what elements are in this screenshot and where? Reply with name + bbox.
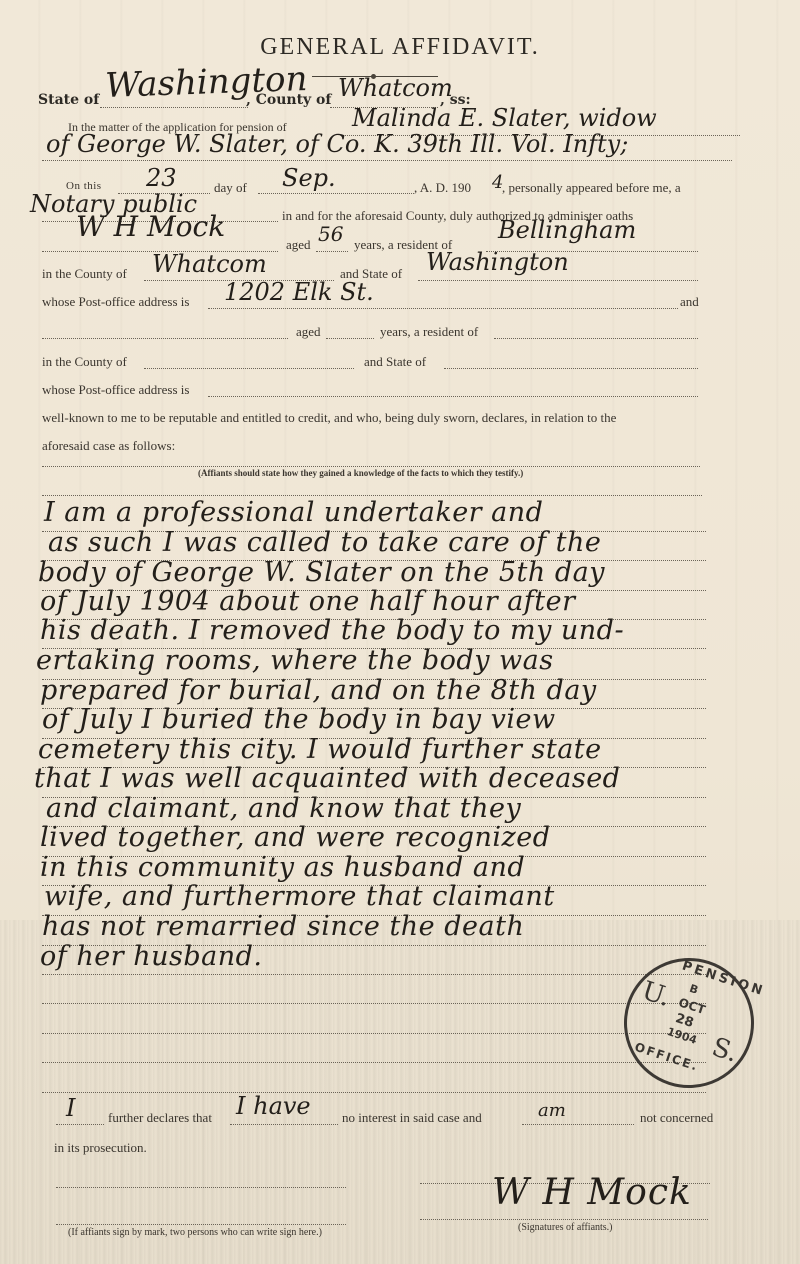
affiant-caption: (Signatures of affiants.) <box>518 1222 613 1233</box>
no-interest-label: no interest in said case and <box>342 1110 482 1126</box>
affiant2-po-label: whose Post-office address is <box>42 382 189 398</box>
and-label: and <box>680 294 699 310</box>
stamp-year: 1904 <box>665 1025 698 1047</box>
month-value: Sep. <box>282 164 336 192</box>
closing-interest-value: I have <box>236 1092 311 1120</box>
closing-concerned-line <box>522 1124 634 1125</box>
affiant2-years-label: years, a resident of <box>380 324 478 340</box>
affiant2-name-line <box>42 338 288 339</box>
ad-label: , A. D. 190 <box>414 180 471 196</box>
further-declares-label: further declares that <box>108 1110 212 1126</box>
affiant1-po-line <box>208 308 678 309</box>
matter-value-2: of George W. Slater, of Co. K. 39th Ill.… <box>46 130 628 158</box>
matter-field-line-2 <box>42 160 732 161</box>
closing-affiant-value: I <box>66 1094 75 1122</box>
witness-signature-line-1 <box>56 1187 346 1188</box>
state-field-line <box>100 107 248 108</box>
affiant1-po-address: 1202 Elk St. <box>224 278 374 306</box>
affiant2-aged-label: aged <box>296 324 321 340</box>
declaration-instruction: (Affiants should state how they gained a… <box>198 468 523 478</box>
affiant1-county: Whatcom <box>152 250 267 278</box>
affiant2-state-label: and State of <box>364 354 426 370</box>
testimony-line: of July 1904 about one half hour after <box>40 586 576 617</box>
affiant1-name: W H Mock <box>76 210 225 243</box>
stamp-right-letter: S. <box>708 1032 741 1068</box>
witness-caption: (If affiants sign by mark, two persons w… <box>68 1227 322 1238</box>
affiant1-residence: Bellingham <box>498 216 636 244</box>
testimony-line: prepared for burial, and on the 8th day <box>40 675 597 706</box>
affiant-signature-line-2 <box>420 1219 708 1220</box>
affiant2-county-line <box>144 368 354 369</box>
declaration-line-1: well-known to me to be reputable and ent… <box>42 410 616 426</box>
closing-concerned-value: am <box>538 1100 566 1121</box>
ruled-line <box>42 1033 706 1034</box>
affiant1-state: Washington <box>426 248 569 276</box>
stamp-letter-b: B <box>688 982 700 997</box>
state-label: State of <box>38 92 99 108</box>
testimony-line: body of George W. Slater on the 5th day <box>38 557 605 588</box>
not-concerned-label: not concerned <box>640 1110 713 1126</box>
testimony-line: of July I buried the body in bay view <box>42 704 556 735</box>
testimony-line: cemetery this city. I would further stat… <box>38 734 602 765</box>
affiant1-county-label: in the County of <box>42 266 127 282</box>
stamp-left-letter: U. <box>638 976 674 1013</box>
closing-affiant-line <box>56 1124 104 1125</box>
affiant1-state-line <box>418 280 698 281</box>
ruled-line <box>42 974 706 975</box>
ruled-line <box>42 1092 706 1093</box>
county-label: , County of <box>246 92 331 108</box>
testimony-line: has not remarried since the death <box>42 911 524 942</box>
affiant2-state-line <box>444 368 698 369</box>
affiant1-age: 56 <box>318 222 343 246</box>
testimony-line: lived together, and were recognized <box>40 822 551 853</box>
declaration-line-2: aforesaid case as follows: <box>42 438 175 454</box>
witness-signature-line-2 <box>56 1224 346 1225</box>
declaration-rule <box>42 466 700 467</box>
month-field-line <box>258 193 414 194</box>
prosecution-label: in its prosecution. <box>54 1140 147 1156</box>
testimony-line: and claimant, and know that they <box>46 793 521 824</box>
ruled-line <box>42 1003 706 1004</box>
affiant1-age-line <box>316 251 348 252</box>
ruled-line <box>42 495 702 496</box>
closing-interest-line <box>230 1124 338 1125</box>
affiant2-residence-line <box>494 338 698 339</box>
ruled-line <box>42 1062 706 1063</box>
testimony-line: that I was well acquainted with deceased <box>34 763 620 794</box>
affiant2-age-line <box>326 338 374 339</box>
county-value: Whatcom <box>338 74 453 102</box>
affiant1-aged-label: aged <box>286 237 311 253</box>
testimony-line: as such I was called to take care of the <box>48 527 601 558</box>
day-value: 23 <box>146 164 177 192</box>
testimony-line: his death. I removed the body to my und- <box>40 615 624 646</box>
testimony-line: in this community as husband and <box>40 852 525 883</box>
testimony-line: ertaking rooms, where the body was <box>36 645 554 676</box>
testimony-line: wife, and furthermore that claimant <box>44 881 555 912</box>
affiant2-po-line <box>208 396 698 397</box>
affiant1-po-label: whose Post-office address is <box>42 294 189 310</box>
page-title: GENERAL AFFIDAVIT. <box>0 34 800 61</box>
day-of-label: day of <box>214 180 247 196</box>
matter-value-1: Malinda E. Slater, widow <box>352 104 657 132</box>
affiant-signature: W H Mock <box>492 1172 692 1213</box>
testimony-line: of her husband. <box>40 941 262 972</box>
testimony-line: I am a professional undertaker and <box>44 497 543 528</box>
appeared-label: , personally appeared before me, a <box>502 180 681 196</box>
affiant2-county-label: in the County of <box>42 354 127 370</box>
